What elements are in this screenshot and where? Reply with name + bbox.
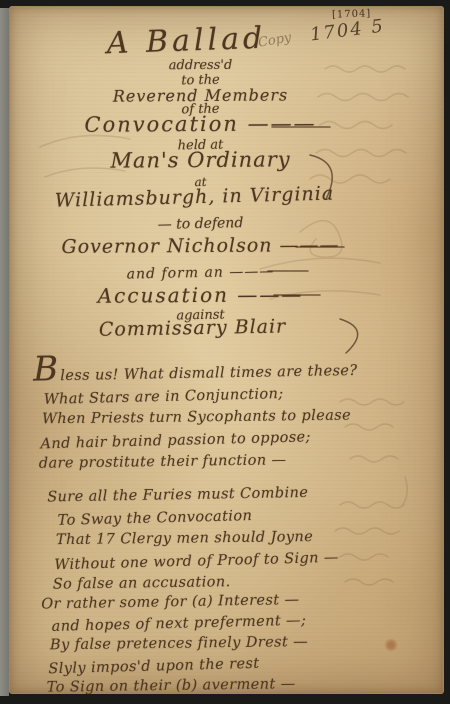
stanza-1: Bless us! What dismall times are these? … [9,353,450,476]
title-line: Man's Ordinary [10,147,391,174]
verse-line: dare prostitute their function — [39,447,450,475]
title-line: Governor Nicholson ——— [10,234,391,259]
manuscript-page: [1704] 1704 5 Copy A Ballad address'd to… [9,6,444,694]
stanza-3: Or rather some for (a) Interest — and ho… [9,587,450,700]
title-line: Convocation ——— [10,111,391,138]
stanza-2: Sure all the Furies must Combine To Sway… [9,479,450,597]
manuscript-photo: [1704] 1704 5 Copy A Ballad address'd to… [0,0,450,704]
mat-edge [0,8,9,696]
title-line: — to defend [10,212,391,236]
